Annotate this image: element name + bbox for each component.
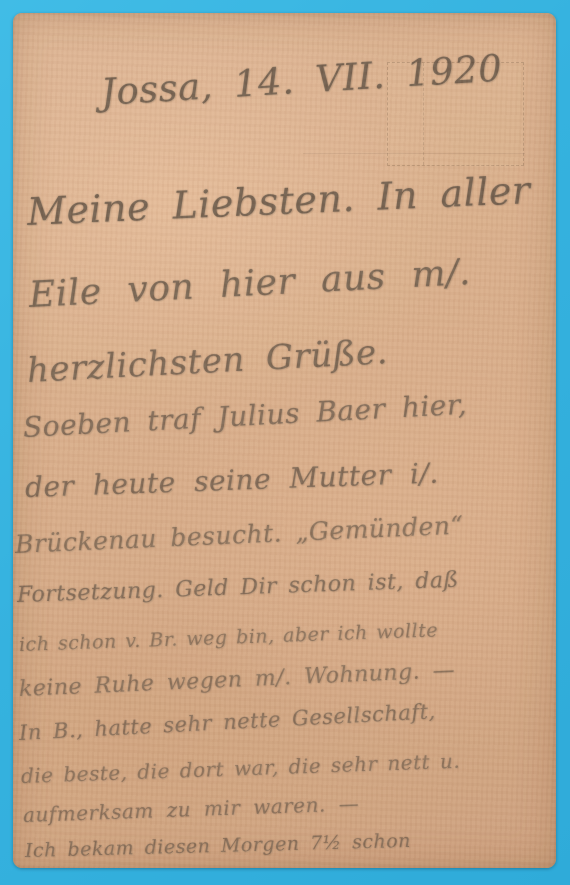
handwriting-line: der heute seine Mutter i/. bbox=[24, 457, 439, 504]
handwriting-line: keine Ruhe wegen m/. Wohnung. — bbox=[18, 658, 455, 702]
handwriting-line: Brückenau besucht. „Gemünden“ bbox=[14, 510, 464, 559]
postcard: Jossa, 14. VII. 1920 Meine Liebsten. In … bbox=[13, 13, 556, 868]
handwriting-line: ich schon v. Br. weg bin, aber ich wollt… bbox=[19, 619, 439, 656]
handwriting-line: Fortsetzung. Geld Dir schon ist, daß bbox=[17, 568, 460, 608]
handwriting-line: Ich bekam diesen Morgen 7½ schon bbox=[25, 830, 411, 862]
handwriting-line: Soeben traf Julius Baer hier, bbox=[22, 388, 468, 444]
handwriting-line: aufmerksam zu mir waren. — bbox=[23, 791, 360, 827]
handwriting-line: die beste, die dort war, die sehr nett u… bbox=[21, 749, 461, 788]
handwriting-line: In B., hatte sehr nette Gesellschaft, bbox=[18, 699, 436, 745]
handwriting-line: Meine Liebsten. In aller bbox=[26, 168, 531, 234]
paper-crease bbox=[303, 153, 525, 154]
scan-background: Jossa, 14. VII. 1920 Meine Liebsten. In … bbox=[0, 0, 570, 885]
handwriting-line: herzlichsten Grüße. bbox=[26, 332, 389, 391]
handwriting-line: Eile von hier aus m/. bbox=[28, 252, 472, 316]
